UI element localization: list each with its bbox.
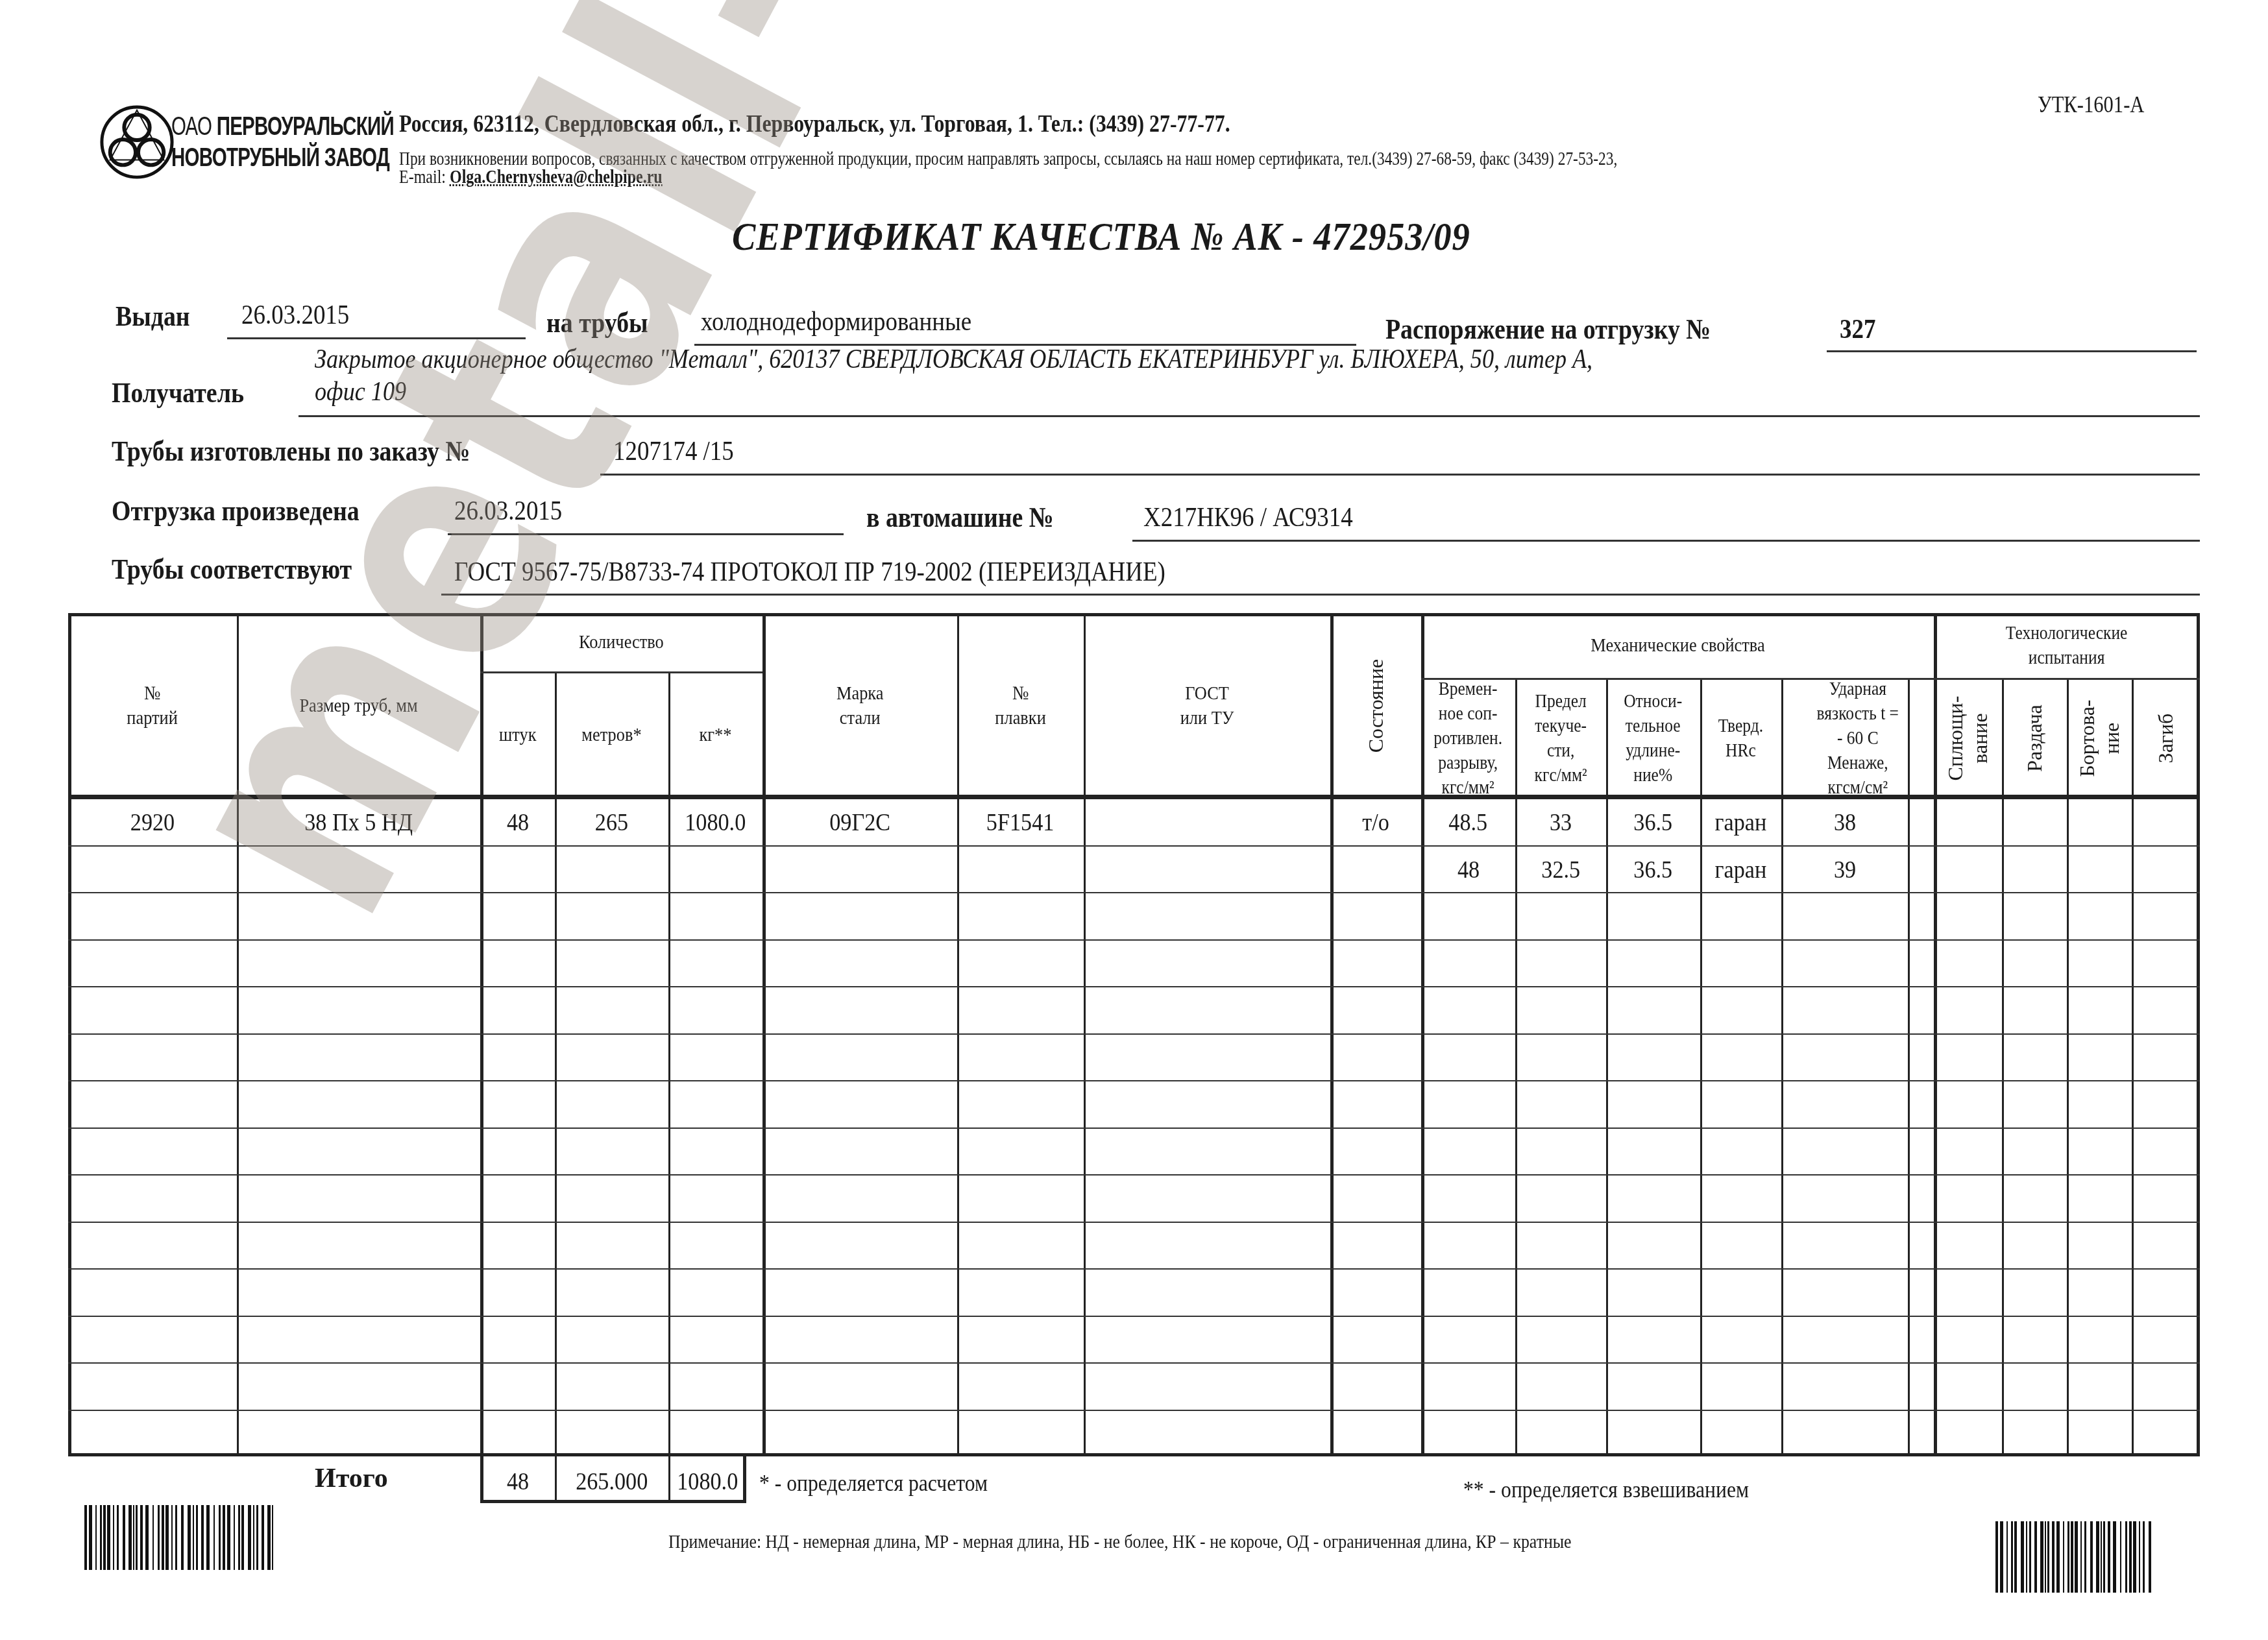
header-flanging-text: Бортова-ние bbox=[2075, 699, 2124, 777]
barcode-bar bbox=[2101, 1521, 2102, 1593]
barcode-bar bbox=[227, 1505, 230, 1570]
barcode-left bbox=[84, 1505, 276, 1570]
barcode-bar bbox=[206, 1505, 210, 1570]
barcode-bar bbox=[145, 1505, 149, 1570]
barcode-bar bbox=[2139, 1521, 2140, 1593]
barcode-bar bbox=[103, 1505, 106, 1570]
barcode-bar bbox=[2149, 1521, 2151, 1593]
barcode-bar bbox=[2040, 1521, 2043, 1593]
barcode-bar bbox=[2011, 1521, 2013, 1593]
cell-state: т/о bbox=[1330, 799, 1421, 846]
row-divider bbox=[68, 1316, 2200, 1317]
header-steel-grade: Маркастали bbox=[762, 613, 957, 798]
cell-state-value: т/о bbox=[1362, 799, 1389, 846]
header-gost: ГОСТили ТУ bbox=[1084, 613, 1330, 798]
cell-elong: 36.5 bbox=[1606, 847, 1700, 893]
barcode-bar bbox=[2080, 1521, 2082, 1593]
cell-hard-value: гаран bbox=[1715, 847, 1767, 893]
header-heat-number-text: №плавки bbox=[995, 681, 1045, 730]
header-bend: Загиб bbox=[2132, 678, 2200, 798]
barcode-bar bbox=[140, 1505, 143, 1570]
cell-elong-value: 36.5 bbox=[1634, 799, 1673, 846]
barcode-bar bbox=[2133, 1521, 2136, 1593]
barcode-bar bbox=[181, 1505, 184, 1570]
total-pcs: 48 bbox=[480, 1458, 555, 1505]
cell-size-value: 38 Пх 5 НД bbox=[304, 799, 413, 846]
header-kg: кг** bbox=[668, 671, 762, 798]
row-divider bbox=[68, 1362, 2200, 1364]
cell-steel: 09Г2С bbox=[762, 799, 957, 846]
header-expansion: Раздача bbox=[2002, 678, 2067, 798]
barcode-bar bbox=[133, 1505, 134, 1570]
cell-tensile-value: 48.5 bbox=[1449, 799, 1488, 846]
header-meters-text: метров* bbox=[581, 723, 641, 747]
header-impact: Ударнаявязкость t =- 60 СМенаже,кгсм/см² bbox=[1781, 678, 1934, 798]
header-meters: метров* bbox=[555, 671, 668, 798]
header-mechanical: Механические свойства bbox=[1421, 613, 1934, 678]
row-divider bbox=[68, 986, 2200, 987]
barcode-bar bbox=[262, 1505, 264, 1570]
cell-batch: 2920 bbox=[68, 799, 237, 846]
header-yield: Пределтекуче-сти,кгс/мм² bbox=[1515, 678, 1606, 798]
barcode-bar bbox=[123, 1505, 125, 1570]
header-elongation: Относи-тельноеудлине-ние% bbox=[1606, 678, 1700, 798]
cell-batch-value: 2920 bbox=[130, 799, 175, 846]
barcode-bar bbox=[234, 1505, 235, 1570]
barcode-bar bbox=[213, 1505, 215, 1570]
barcode-bar bbox=[2063, 1521, 2064, 1593]
cell-meters: 265 bbox=[555, 799, 668, 846]
cell-impact: 39 bbox=[1781, 847, 1908, 893]
barcode-bar bbox=[241, 1505, 244, 1570]
barcode-bar bbox=[2006, 1521, 2008, 1593]
cell-impact-value: 39 bbox=[1833, 847, 1855, 893]
row-divider bbox=[68, 1174, 2200, 1176]
cell-tensile: 48.5 bbox=[1421, 799, 1515, 846]
header-kg-text: кг** bbox=[699, 723, 731, 747]
row-divider bbox=[68, 939, 2200, 941]
barcode-right bbox=[1995, 1521, 2158, 1593]
totals-label: Итого bbox=[315, 1463, 388, 1494]
barcode-bar bbox=[117, 1505, 119, 1570]
cell-yield-value: 33 bbox=[1550, 799, 1572, 846]
header-batch: №партий bbox=[68, 613, 237, 798]
header-size-text: Размер труб, мм bbox=[299, 693, 417, 718]
cell-impact-value: 38 bbox=[1833, 799, 1855, 846]
barcode-bar bbox=[193, 1505, 194, 1570]
row-divider bbox=[68, 1410, 2200, 1411]
cell-hard: гаран bbox=[1700, 847, 1781, 893]
cell-yield: 33 bbox=[1515, 799, 1606, 846]
barcode-bar bbox=[171, 1505, 173, 1570]
barcode-bar bbox=[158, 1505, 160, 1570]
barcode-bar bbox=[2143, 1521, 2145, 1593]
barcode-bar bbox=[2067, 1521, 2069, 1593]
header-bend-text: Загиб bbox=[2153, 713, 2178, 763]
barcode-bar bbox=[2045, 1521, 2046, 1593]
header-hardness-text: Тверд.HRc bbox=[1718, 714, 1763, 763]
cell-size: 38 Пх 5 НД bbox=[237, 799, 480, 846]
barcode-bar bbox=[89, 1505, 92, 1570]
header-hardness: Тверд.HRc bbox=[1700, 678, 1781, 798]
cell-pcs: 48 bbox=[480, 799, 555, 846]
header-expansion-text: Раздача bbox=[2022, 705, 2047, 772]
row-divider bbox=[68, 1222, 2200, 1223]
barcode-bar bbox=[165, 1505, 169, 1570]
barcode-bar bbox=[84, 1505, 87, 1570]
barcode-bar bbox=[248, 1505, 251, 1570]
barcode-bar bbox=[2056, 1521, 2060, 1593]
barcode-bar bbox=[219, 1505, 221, 1570]
header-flattening-text: Сплющи-вание bbox=[1944, 695, 1993, 780]
header-tensile: Времен-ное соп-ротивлен.разрыву,кгс/мм² bbox=[1421, 678, 1515, 798]
barcode-bar bbox=[2084, 1521, 2086, 1593]
barcode-bar bbox=[95, 1505, 97, 1570]
barcode-bar bbox=[2000, 1521, 2003, 1593]
row-divider bbox=[68, 1268, 2200, 1270]
cell-meters-value: 265 bbox=[595, 799, 628, 846]
barcode-bar bbox=[2125, 1521, 2127, 1593]
barcode-bar bbox=[253, 1505, 254, 1570]
header-technological: Технологическиеиспытания bbox=[1934, 613, 2200, 678]
barcode-bar bbox=[1995, 1521, 1998, 1593]
header-steel-grade-text: Маркастали bbox=[836, 681, 884, 730]
barcode-bar bbox=[196, 1505, 198, 1570]
cell-pcs-value: 48 bbox=[506, 799, 528, 846]
barcode-bar bbox=[272, 1505, 273, 1570]
barcode-bar bbox=[175, 1505, 177, 1570]
header-yield-text: Пределтекуче-сти,кгс/мм² bbox=[1534, 689, 1587, 788]
cell-steel-value: 09Г2С bbox=[829, 799, 890, 846]
header-state-text: Состояние bbox=[1363, 658, 1388, 752]
barcode-bar bbox=[2047, 1521, 2049, 1593]
row-divider bbox=[68, 1080, 2200, 1081]
total-kg: 1080.0 bbox=[668, 1458, 746, 1505]
barcode-bar bbox=[2108, 1521, 2110, 1593]
cell-elong-value: 36.5 bbox=[1634, 847, 1673, 893]
cell-hard-value: гаран bbox=[1715, 799, 1767, 846]
barcode-bar bbox=[2075, 1521, 2078, 1593]
cell-impact: 38 bbox=[1781, 799, 1908, 846]
barcode-bar bbox=[2014, 1521, 2017, 1593]
barcode-bar bbox=[107, 1505, 110, 1570]
footnote-calculated: * - определяется расчетом bbox=[759, 1469, 988, 1497]
header-size: Размер труб, мм bbox=[237, 613, 480, 798]
barcode-bar bbox=[2090, 1521, 2093, 1593]
header-technological-text: Технологическиеиспытания bbox=[2006, 621, 2128, 670]
header-quantity-text: Количество bbox=[579, 630, 664, 655]
cell-heat: 5F1541 bbox=[957, 799, 1084, 846]
barcode-bar bbox=[2029, 1521, 2031, 1593]
cell-hard: гаран bbox=[1700, 799, 1781, 846]
cell-yield: 32.5 bbox=[1515, 847, 1606, 893]
header-pcs: штук bbox=[480, 671, 555, 798]
barcode-bar bbox=[162, 1505, 164, 1570]
header-flattening: Сплющи-вание bbox=[1934, 678, 2002, 798]
remark-note: Примечание: НД - немерная длина, МР - ме… bbox=[668, 1531, 1572, 1553]
total-meters: 265.000 bbox=[555, 1458, 668, 1505]
header-impact-text: Ударнаявязкость t =- 60 СМенаже,кгсм/см² bbox=[1816, 677, 1898, 800]
cell-elong: 36.5 bbox=[1606, 799, 1700, 846]
row-divider bbox=[68, 1033, 2200, 1035]
header-state: Состояние bbox=[1330, 613, 1421, 798]
barcode-bar bbox=[113, 1505, 114, 1570]
row-divider bbox=[68, 1127, 2200, 1129]
table-content: №партийРазмер труб, ммКоличествоштукметр… bbox=[0, 0, 2268, 1640]
barcode-bar bbox=[201, 1505, 204, 1570]
barcode-bar bbox=[136, 1505, 138, 1570]
barcode-bar bbox=[2096, 1521, 2099, 1593]
barcode-bar bbox=[2021, 1521, 2024, 1593]
header-heat-number: №плавки bbox=[957, 613, 1084, 798]
cell-tensile-value: 48 bbox=[1457, 847, 1479, 893]
header-tensile-text: Времен-ное соп-ротивлен.разрыву,кгс/мм² bbox=[1434, 677, 1503, 800]
barcode-bar bbox=[2052, 1521, 2055, 1593]
cell-heat-value: 5F1541 bbox=[986, 799, 1055, 846]
barcode-bar bbox=[2026, 1521, 2027, 1593]
barcode-bar bbox=[2113, 1521, 2116, 1593]
barcode-bar bbox=[100, 1505, 102, 1570]
footnote-weighed: ** - определяется взвешиванием bbox=[1463, 1476, 1749, 1503]
cell-kg-value: 1080.0 bbox=[685, 799, 746, 846]
header-batch-text: №партий bbox=[127, 681, 178, 730]
barcode-bar bbox=[2129, 1521, 2132, 1593]
cell-tensile: 48 bbox=[1421, 847, 1515, 893]
header-gost-text: ГОСТили ТУ bbox=[1180, 681, 1234, 730]
barcode-bar bbox=[2071, 1521, 2073, 1593]
barcode-bar bbox=[152, 1505, 154, 1570]
header-elongation-text: Относи-тельноеудлине-ние% bbox=[1624, 689, 1682, 788]
barcode-bar bbox=[188, 1505, 191, 1570]
barcode-bar bbox=[2120, 1521, 2121, 1593]
barcode-bar bbox=[2034, 1521, 2037, 1593]
barcode-bar bbox=[223, 1505, 225, 1570]
cell-kg: 1080.0 bbox=[668, 799, 762, 846]
barcode-bar bbox=[256, 1505, 258, 1570]
barcode-bar bbox=[2103, 1521, 2105, 1593]
cell-yield-value: 32.5 bbox=[1541, 847, 1580, 893]
header-mechanical-text: Механические свойства bbox=[1591, 633, 1764, 658]
barcode-bar bbox=[238, 1505, 240, 1570]
header-flanging: Бортова-ние bbox=[2067, 678, 2132, 798]
header-quantity: Количество bbox=[480, 613, 762, 671]
barcode-bar bbox=[128, 1505, 132, 1570]
header-pcs-text: штук bbox=[499, 723, 537, 747]
barcode-bar bbox=[267, 1505, 271, 1570]
